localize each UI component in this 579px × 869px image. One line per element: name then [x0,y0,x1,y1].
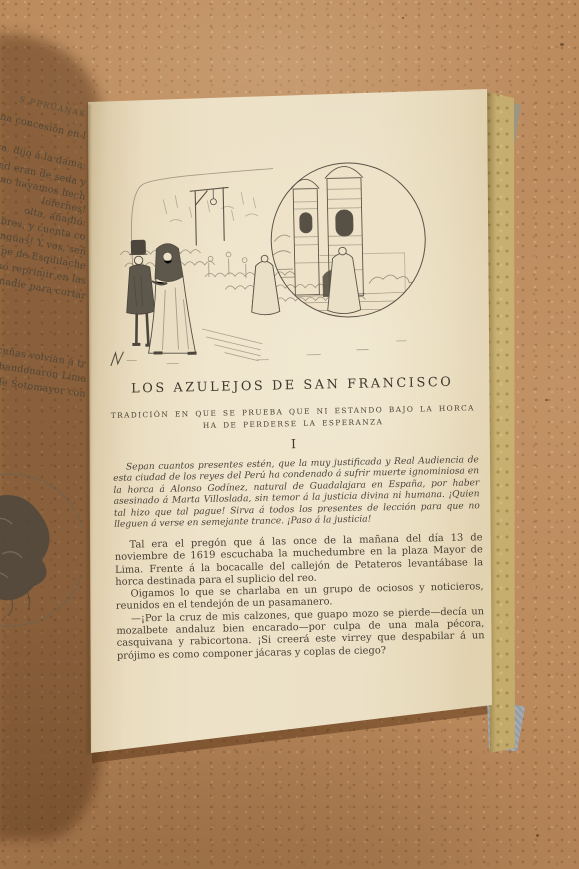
cork-fleck [545,399,548,401]
friar-robe [147,276,196,354]
running-header-fragment: S PERUANAS [19,95,87,119]
body-text: Tal era el pregón que á las once de la m… [114,532,484,663]
book-photograph: LOS AZULEJOS DE SAN FRANCISCO TRADICIÓN … [0,0,579,869]
partial-etching-illustration [0,462,82,642]
wall-hatching [163,192,258,222]
cork-fleck [536,834,539,837]
paragraph: —¡Por la cruz de mis calzones, que guapo… [116,606,485,663]
gallows [190,187,229,245]
page-title: LOS AZULEJOS DE SAN FRANCISCO [102,374,482,397]
plaza-gallows-illustration [102,142,441,375]
paragraph: Tal era el pregón que á las once de la m… [114,532,483,589]
townsman-figure [125,240,155,346]
chapter-number: I [103,432,483,455]
gutter-crease [86,104,91,754]
cross-finial [339,147,348,158]
proclamation-quote: Sepan cuantos presentes estén, que la mu… [113,455,480,531]
artist-signature-mark [111,352,124,366]
tall-cap [131,240,145,254]
noose-rope [210,189,216,205]
cork-fleck [560,43,564,46]
cork-fleck [402,17,404,19]
dark-coat [126,265,155,315]
left-page: S PERUANAS a alguna concesión en l risa,… [0,28,92,828]
vignette-frame [130,169,275,301]
friar-figure [146,243,196,354]
